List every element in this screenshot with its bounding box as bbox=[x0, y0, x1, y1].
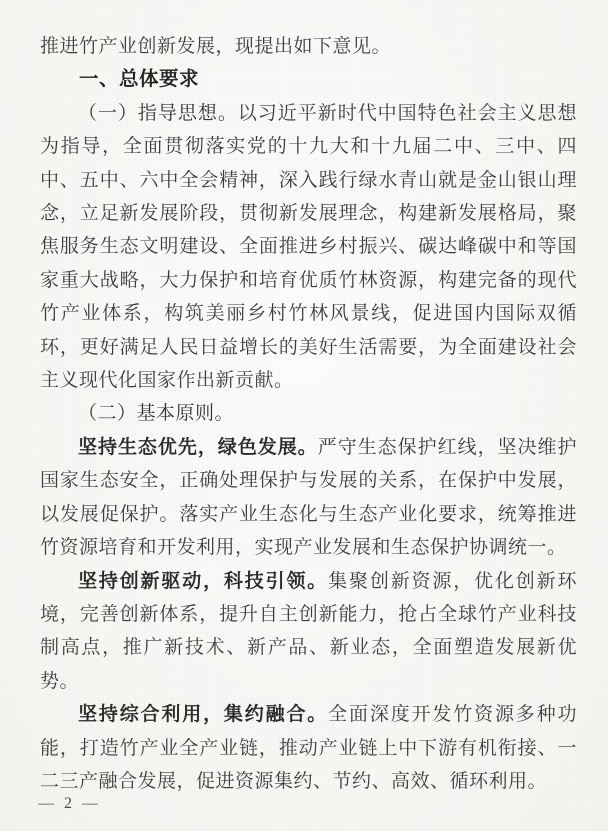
section-heading-text: 一、总体要求 bbox=[79, 68, 199, 90]
scanned-document-page: 推进竹产业创新发展，现提出如下意见。 一、总体要求 （一）指导思想。以习近平新时… bbox=[0, 0, 608, 831]
paragraph-lead: 坚持综合利用，集约融合。 bbox=[78, 704, 328, 725]
paragraph-continuation: 推进竹产业创新发展，现提出如下意见。 bbox=[40, 30, 577, 63]
paragraph-ecology-first: 坚持生态优先，绿色发展。严守生态保护红线，坚决维护国家生态安全，正确处理保护与发… bbox=[40, 431, 577, 565]
paragraph-lead: （二）基本原则。 bbox=[78, 403, 234, 424]
paragraph-lead: （一）指导思想。 bbox=[78, 103, 238, 124]
paragraph-innovation-driven: 坚持创新驱动，科技引领。集聚创新资源，优化创新环境，完善创新体系，提升自主创新能… bbox=[40, 565, 577, 699]
page-number: — 2 — bbox=[38, 795, 101, 813]
paragraph-lead: 坚持生态优先，绿色发展。 bbox=[78, 437, 318, 458]
paragraph-guiding-ideology: （一）指导思想。以习近平新时代中国特色社会主义思想为指导，全面贯彻落实党的十九大… bbox=[40, 97, 577, 398]
paragraph-text: 以习近平新时代中国特色社会主义思想为指导，全面贯彻落实党的十九大和十九届二中、三… bbox=[40, 103, 577, 391]
paragraph-comprehensive-utilization: 坚持综合利用，集约融合。全面深度开发竹资源多种功能，打造竹产业全产业链，推动产业… bbox=[40, 698, 577, 798]
paragraph-lead: 坚持创新驱动，科技引领。 bbox=[78, 571, 328, 592]
paragraph-basic-principles: （二）基本原则。 bbox=[40, 397, 577, 430]
paragraph-text: 推进竹产业创新发展，现提出如下意见。 bbox=[40, 36, 391, 57]
section-heading: 一、总体要求 bbox=[40, 63, 577, 96]
document-body: 推进竹产业创新发展，现提出如下意见。 一、总体要求 （一）指导思想。以习近平新时… bbox=[40, 30, 577, 798]
